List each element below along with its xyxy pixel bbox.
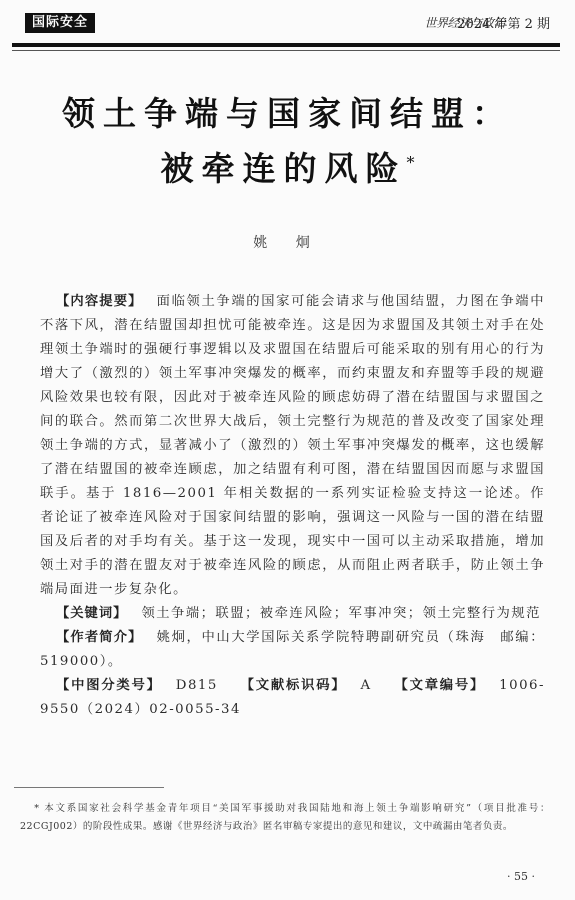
page-header: 国际安全 世界经济与政治 2024 年第 2 期 [0,0,575,50]
article-no-label: 【文章编号】 [394,678,486,693]
title-line-1: 领土争端与国家间结盟： [0,88,575,135]
section-tag: 国际安全 [25,13,95,33]
title-line-2: 被牵连的风险* [0,143,575,190]
classification: 【中图分类号】D815【文献标识码】A【文章编号】1006-9550（2024）… [40,674,545,722]
footnote-rule [14,787,164,788]
doc-code-label: 【文献标识码】 [240,678,347,693]
keywords-label: 【关键词】 [56,606,127,621]
footnote-marker: * [407,153,415,172]
abstract-label: 【内容提要】 [56,294,143,309]
abstract-text: 面临领土争端的国家可能会请求与他国结盟，力图在争端中不落下风，潜在结盟国却担忧可… [40,294,545,597]
header-rule-thick [12,43,560,47]
author-name: 姚 炯 [0,232,575,252]
clc-value: D815 [176,678,218,693]
author-bio: 【作者简介】姚炯，中山大学国际关系学院特聘副研究员（珠海 邮编：519000）。 [40,626,545,674]
title-text: 被牵连的风险 [161,149,407,188]
keywords: 【关键词】领土争端；联盟；被牵连风险；军事冲突；领土完整行为规范 [40,602,545,626]
clc-label: 【中图分类号】 [56,678,162,693]
author-bio-label: 【作者简介】 [56,630,143,645]
article-front-matter: 【内容提要】面临领土争端的国家可能会请求与他国结盟，力图在争端中不落下风，潜在结… [40,290,545,722]
keywords-text: 领土争端；联盟；被牵连风险；军事冲突；领土完整行为规范 [141,606,541,621]
header-rule-thin [12,50,560,51]
issue-label: 2024 年第 2 期 [457,13,550,32]
footnote: * 本文系国家社会科学基金青年项目“美国军事援助对我国陆地和海上领土争端影响研究… [20,800,550,836]
page-number: · 55 · [507,870,535,883]
doc-code-value: A [361,678,372,693]
abstract: 【内容提要】面临领土争端的国家可能会请求与他国结盟，力图在争端中不落下风，潜在结… [40,290,545,602]
